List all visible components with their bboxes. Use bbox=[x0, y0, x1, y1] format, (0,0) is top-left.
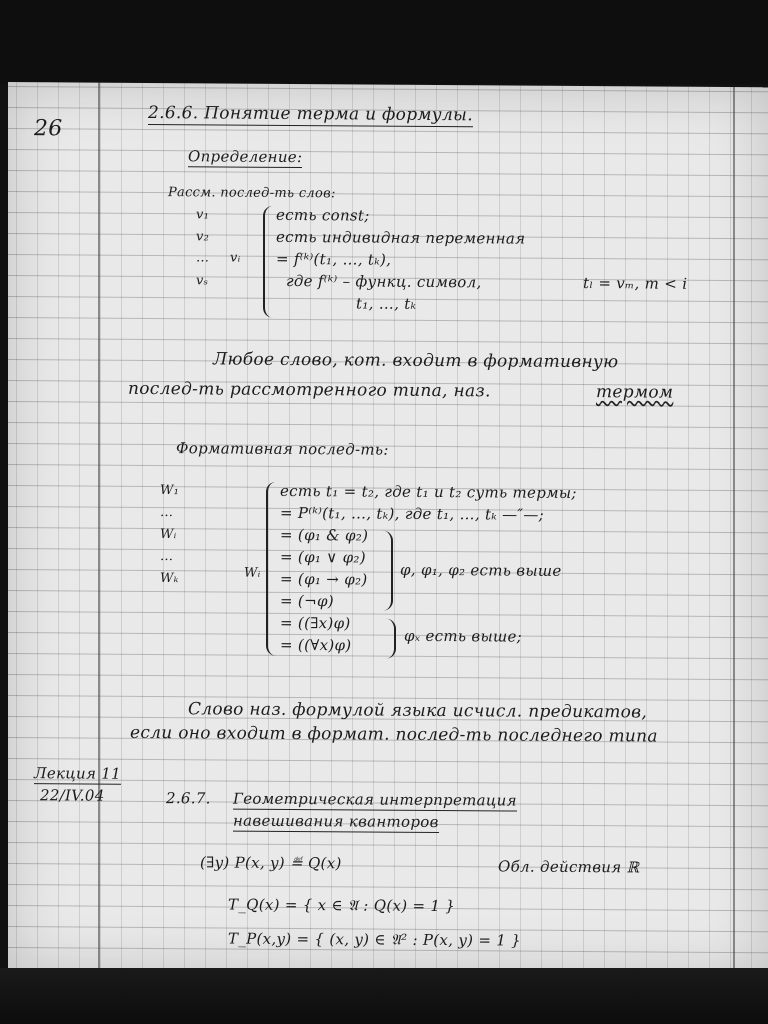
section2-title-line-2: навешивания кванторов bbox=[233, 812, 439, 833]
term-case-args: t₁, …, tₖ bbox=[356, 294, 416, 312]
formula-case-not: = (¬φ) bbox=[280, 592, 334, 610]
formula-case-forall: = ((∀x)φ) bbox=[280, 636, 351, 654]
lecture-label: Лекция 11 bbox=[34, 764, 121, 785]
section-title: 2.6.6. Понятие терма и формулы. bbox=[148, 103, 473, 127]
formula-var-dots-1: … bbox=[160, 505, 173, 520]
term-word: термом bbox=[596, 382, 673, 403]
term-case-function: = f⁽ᵏ⁾(t₁, …, tₖ), bbox=[276, 250, 391, 269]
domain-note: Обл. действия ℝ bbox=[498, 857, 639, 876]
dark-background-bottom bbox=[0, 968, 768, 1024]
term-case-const: есть const; bbox=[276, 206, 370, 225]
formula-case-implies: = (φ₁ → φ₂) bbox=[280, 570, 367, 589]
connectives-brace bbox=[383, 531, 393, 611]
term-case-function-note: где f⁽ᵏ⁾ – функц. символ, bbox=[286, 272, 482, 291]
notebook-page: 26 2.6.6. Понятие терма и формулы. Опред… bbox=[8, 82, 768, 977]
page-number: 26 bbox=[34, 116, 63, 141]
formative-sequence-heading: Формативная послед-ть: bbox=[176, 439, 389, 458]
lecture-date: 22/IV.04 bbox=[40, 786, 105, 804]
term-var-s: vₛ bbox=[196, 273, 208, 288]
dark-background-top bbox=[0, 0, 768, 84]
truth-set-q: T_Q(x) = { x ∈ 𝔄 : Q(x) = 1 } bbox=[228, 896, 455, 916]
formula-case-predicate: = P⁽ᵏ⁾(t₁, …, tₖ), где t₁, …, tₖ —″—; bbox=[280, 504, 544, 524]
term-var-dots: … bbox=[196, 250, 209, 265]
term-case-variable: есть индивидная переменная bbox=[276, 228, 525, 248]
formula-var-k: Wₖ bbox=[160, 571, 179, 586]
section2-number: 2.6.7. bbox=[166, 789, 211, 807]
term-var-2: v₂ bbox=[196, 229, 209, 244]
truth-set-p: T_P(x,y) = { (x, y) ∈ 𝔄² : P(x, y) = 1 } bbox=[228, 930, 521, 950]
formula-definition-line-1: Слово наз. формулой языка исчисл. предик… bbox=[188, 699, 647, 722]
section2-title-line-1: Геометрическая интерпретация bbox=[233, 790, 517, 812]
formula-var-i: Wᵢ bbox=[160, 527, 177, 542]
term-var-1: v₁ bbox=[196, 207, 209, 222]
definition-heading: Определение: bbox=[188, 147, 302, 168]
term-definition-line-2: послед-ть рассмотренного типа, наз. bbox=[128, 379, 491, 402]
quantifiers-brace bbox=[386, 619, 396, 659]
formula-var-dots-2: … bbox=[160, 549, 173, 564]
formula-definition-line-2: если оно входит в формат. послед-ть посл… bbox=[130, 723, 658, 747]
formula-cases-brace bbox=[266, 482, 278, 656]
term-sequence-intro: Рассм. послед-ть слов: bbox=[168, 185, 336, 201]
left-margin-line bbox=[98, 83, 100, 973]
connectives-note: φ, φ₁, φ₂ есть выше bbox=[400, 561, 562, 580]
formula-case-exists: = ((∃x)φ) bbox=[280, 614, 351, 632]
formula-wi-label: Wᵢ bbox=[244, 566, 261, 581]
term-definition-line-1: Любое слово, кот. входит в формативную bbox=[213, 349, 618, 372]
quantifiers-note: φₓ есть выше; bbox=[404, 627, 522, 646]
formula-case-equality: есть t₁ = t₂, где t₁ и t₂ суть термы; bbox=[280, 482, 577, 502]
term-condition: tₗ = vₘ, m < i bbox=[583, 274, 687, 293]
term-vi-label: vᵢ bbox=[230, 251, 241, 266]
right-margin-line bbox=[733, 87, 735, 977]
term-cases-brace bbox=[263, 206, 275, 318]
formula-var-1: W₁ bbox=[160, 483, 179, 498]
formula-case-or: = (φ₁ ∨ φ₂) bbox=[280, 548, 366, 567]
formula-case-and: = (φ₁ & φ₂) bbox=[280, 526, 368, 545]
quantifier-definition: (∃y) P(x, y) ≝ Q(x) bbox=[200, 853, 342, 872]
